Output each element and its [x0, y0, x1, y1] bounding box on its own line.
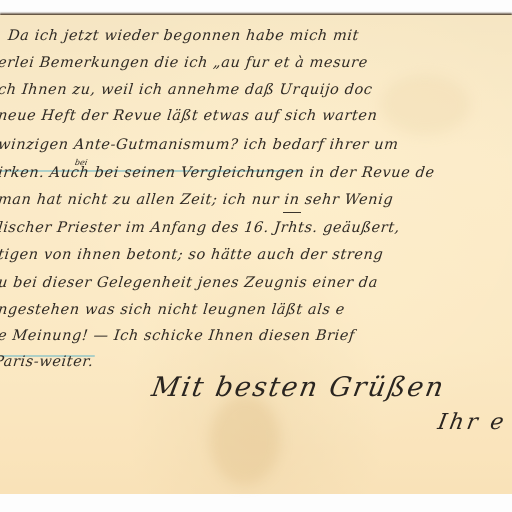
- letter-line-1: Da ich jetzt wieder begonnen habe mich m…: [7, 28, 360, 44]
- scanned-letter: Da ich jetzt wieder begonnen habe mich m…: [0, 0, 512, 512]
- letter-line-13: Paris-weiter.: [0, 354, 94, 370]
- letter-line-4: neue Heft der Revue läßt etwas auf sich …: [0, 108, 378, 124]
- letter-line-8: lischer Priester im Anfang des 16. Jrhts…: [0, 220, 401, 236]
- closing-greeting: Mit besten Grüßen: [149, 372, 447, 403]
- letter-line-6: irken. Auch bei seinen Vergleichungen in…: [0, 165, 435, 181]
- letter-line-2: erlei Bemerkungen die ich „au fur et à m…: [0, 55, 369, 71]
- letter-line-10: u bei dieser Gelegenheit jenes Zeugnis e…: [0, 275, 379, 291]
- letter-line-5: winzigen Ante-Gutmanismum? ich bedarf ih…: [0, 137, 399, 153]
- letter-line-12: e Meinung! — Ich schicke Ihnen diesen Br…: [0, 328, 356, 344]
- letter-line-7: man hat nicht zu allen Zeit; ich nur in …: [0, 192, 394, 208]
- underline-mark: [283, 212, 301, 213]
- letter-line-11: ngestehen was sich nicht leugnen läßt al…: [0, 302, 346, 318]
- interlinear-insert: bei: [74, 158, 88, 167]
- paper-stain: [210, 395, 280, 485]
- signature: Ihr e: [436, 410, 509, 435]
- letter-line-9: tigen von ihnen betont; so hätte auch de…: [0, 247, 384, 263]
- paper-stain: [380, 75, 470, 135]
- letter-line-3: ch Ihnen zu, weil ich annehme daß Urquij…: [0, 82, 373, 98]
